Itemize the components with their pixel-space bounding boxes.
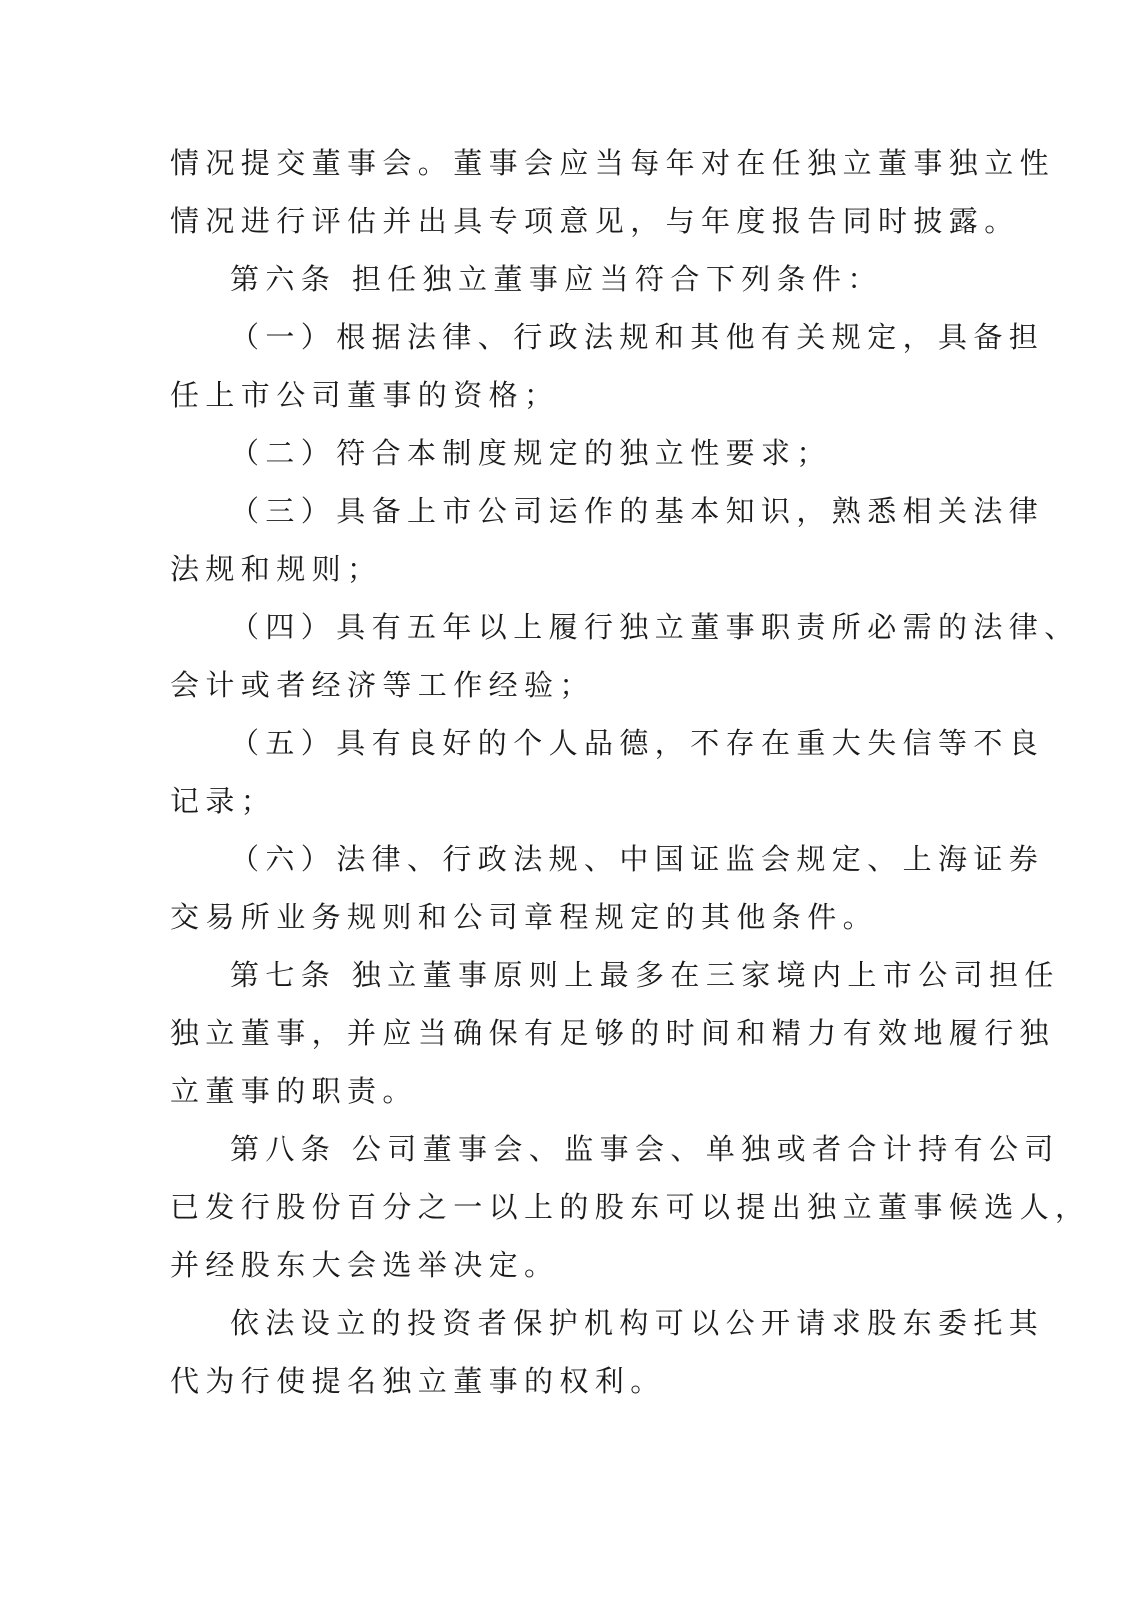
paragraph-line: 情况进行评估并出具专项意见，与年度报告同时披露。 [170,201,1020,241]
paragraph-line: 情况提交董事会。董事会应当每年对在任独立董事独立性 [170,143,1055,183]
condition-2: （二）符合本制度规定的独立性要求； [230,433,832,473]
condition-5: （五）具有良好的个人品德，不存在重大失信等不良 [230,723,1044,763]
condition-1: （一）根据法律、行政法规和其他有关规定，具备担 [230,317,1044,357]
article-8-cont: 已发行股份百分之一以上的股东可以提出独立董事候选人， [170,1187,1090,1227]
condition-3-cont: 法规和规则； [170,549,382,589]
article-7-cont: 立董事的职责。 [170,1071,418,1111]
article-8: 第八条 公司董事会、监事会、单独或者合计持有公司 [230,1129,1060,1169]
condition-4-cont: 会计或者经济等工作经验； [170,665,595,705]
condition-5-cont: 记录； [170,781,276,821]
condition-3: （三）具备上市公司运作的基本知识，熟悉相关法律 [230,491,1044,531]
article-8-para-2-cont: 代为行使提名独立董事的权利。 [170,1361,666,1401]
article-7-cont: 独立董事，并应当确保有足够的时间和精力有效地履行独 [170,1013,1055,1053]
document-page: 情况提交董事会。董事会应当每年对在任独立董事独立性 情况进行评估并出具专项意见，… [0,0,1131,1600]
article-7: 第七条 独立董事原则上最多在三家境内上市公司担任 [230,955,1060,995]
condition-6: （六）法律、行政法规、中国证监会规定、上海证券 [230,839,1044,879]
article-8-cont: 并经股东大会选举决定。 [170,1245,559,1285]
condition-6-cont: 交易所业务规则和公司章程规定的其他条件。 [170,897,878,937]
condition-4: （四）具有五年以上履行独立董事职责所必需的法律、 [230,607,1080,647]
article-8-para-2: 依法设立的投资者保护机构可以公开请求股东委托其 [230,1303,1044,1343]
condition-1-cont: 任上市公司董事的资格； [170,375,559,415]
article-6-heading: 第六条 担任独立董事应当符合下列条件： [230,259,883,299]
